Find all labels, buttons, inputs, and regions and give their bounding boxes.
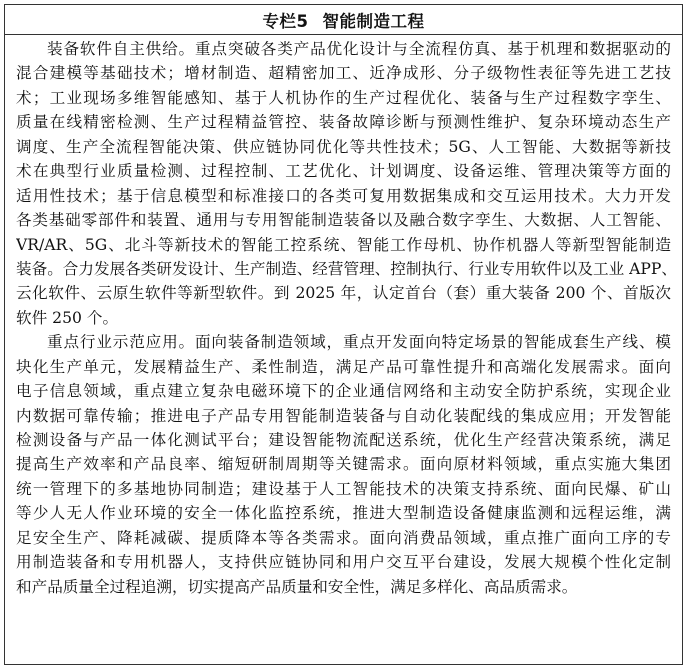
text-line: 术在典型行业质量检测、过程控制、工艺优化、计划调度、设备运维、管理决策等方面的 <box>16 159 671 183</box>
text-line: 质量在线精密检测、生产过程精益管控、装备故障诊断与预测性维护、复杂环境动态生产 <box>16 110 671 134</box>
text-line: 重点行业示范应用。面向装备制造领域，重点开发面向特定场景的智能成套生产线、模 <box>16 330 671 354</box>
text-line: 块化生产单元，发展精益生产、柔性制造，满足产品可靠性提升和高端化发展需求。面向 <box>16 355 671 379</box>
text-line: 足安全生产、降耗减碳、提质降本等各类需求。面向消费品领域，重点推广面向工序的专 <box>16 526 671 550</box>
title-text: 智能制造工程 <box>322 12 424 31</box>
feature-box-header: 专栏5智能制造工程 <box>5 5 682 35</box>
text-line: 内数据可靠传输；推进电子产品专用智能制造装备与自动化装配线的集成应用；开发智能 <box>16 404 671 428</box>
text-line: 检测设备与产品一体化测试平台；建设智能物流配送系统，优化生产经营决策系统，满足 <box>16 428 671 452</box>
text-line: 各类基础零部件和装置、通用与专用智能制造装备以及融合数字孪生、大数据、人工智能、 <box>16 208 671 232</box>
text-line: 和产品质量全过程追溯，切实提高产品质量和安全性，满足多样化、高品质需求。 <box>16 575 671 599</box>
paragraph-equipment-software: 装备软件自主供给。重点突破各类产品优化设计与全流程仿真、基于机理和数据驱动的 混… <box>16 37 671 330</box>
text-line: 用制造装备和专用机器人，支持供应链协同和用户交互平台建设，发展大规模个性化定制 <box>16 550 671 574</box>
text-line: 提高生产效率和产品良率、缩短研制周期等关键需求。面向原材料领域，重点实施大集团 <box>16 452 671 476</box>
text-line: 云化软件、云原生软件等新型软件。到 2025 年，认定首台（套）重大装备 200… <box>16 281 671 305</box>
feature-box: 专栏5智能制造工程 装备软件自主供给。重点突破各类产品优化设计与全流程仿真、基于… <box>4 4 683 665</box>
paragraph-industry-demonstration: 重点行业示范应用。面向装备制造领域，重点开发面向特定场景的智能成套生产线、模 块… <box>16 330 671 599</box>
text-line: VR/AR、5G、北斗等新技术的智能工控系统、智能工作母机、协作机器人等新型智能… <box>16 233 671 257</box>
feature-box-body: 装备软件自主供给。重点突破各类产品优化设计与全流程仿真、基于机理和数据驱动的 混… <box>5 35 682 599</box>
feature-box-title: 专栏5智能制造工程 <box>263 8 425 32</box>
text-line: 软件 250 个。 <box>16 306 671 330</box>
text-line: 术；工业现场多维智能感知、基于人机协作的生产过程优化、装备与生产过程数字孪生、 <box>16 86 671 110</box>
text-line: 统一管理下的多基地协同制造；建设基于人工智能技术的决策支持系统、面向民爆、矿山 <box>16 477 671 501</box>
text-line: 电子信息领域，重点建立复杂电磁环境下的企业通信网络和主动安全防护系统，实现企业 <box>16 379 671 403</box>
text-line: 调度、生产全流程智能决策、供应链协同优化等共性技术；5G、人工智能、大数据等新技 <box>16 135 671 159</box>
text-line: 等少人无人作业环境的安全一体化监控系统，推进大型制造设备健康监测和远程运维，满 <box>16 501 671 525</box>
text-line: 装备软件自主供给。重点突破各类产品优化设计与全流程仿真、基于机理和数据驱动的 <box>16 37 671 61</box>
text-line: 混合建模等基础技术；增材制造、超精密加工、近净成形、分子级物性表征等先进工艺技 <box>16 61 671 85</box>
text-line: 适用性技术；基于信息模型和标准接口的各类可复用数据集成和交互运用技术。大力开发 <box>16 184 671 208</box>
title-prefix: 专栏5 <box>263 12 309 31</box>
text-line: 装备。合力发展各类研发设计、生产制造、经营管理、控制执行、行业专用软件以及工业 … <box>16 257 671 281</box>
